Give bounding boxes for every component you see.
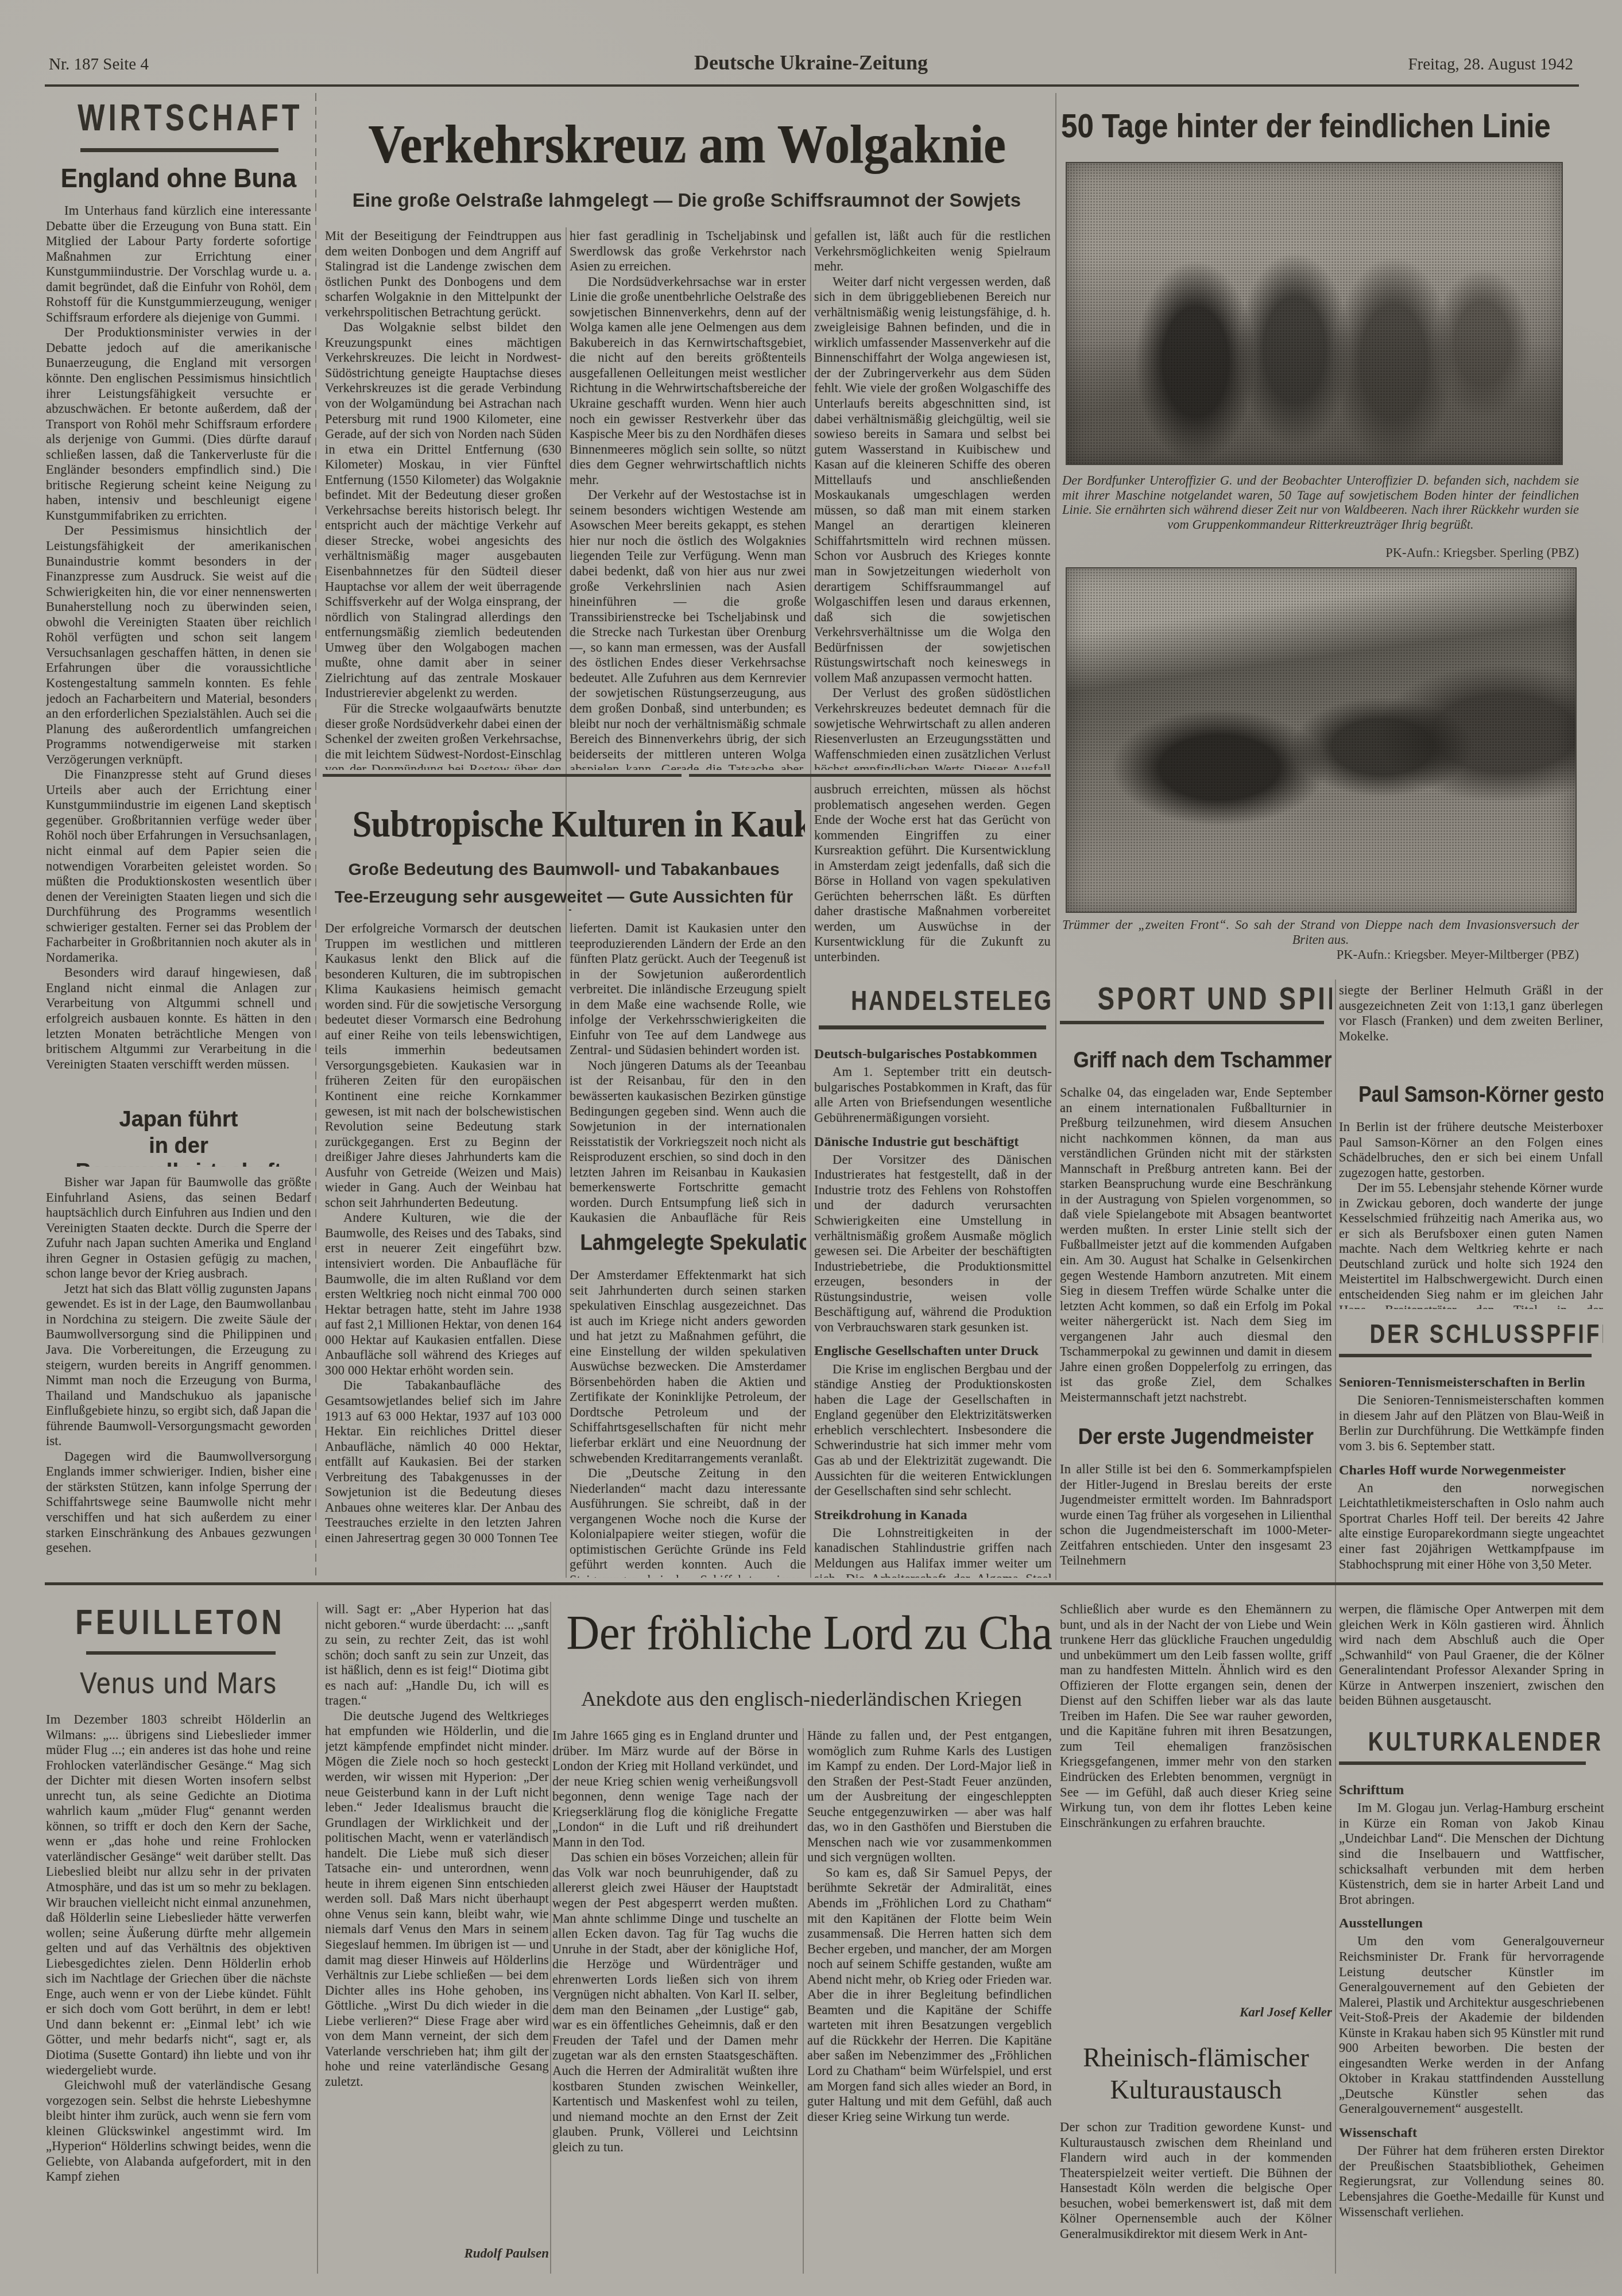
schlusspfiff-item-body: An den norwegischen Leichtathletikmeiste… bbox=[1339, 1481, 1604, 1571]
section-rule bbox=[1339, 1354, 1592, 1357]
photo1-credit: PK-Aufn.: Kriegsber. Sperling (PBZ) bbox=[1062, 545, 1619, 563]
kaukasien-column-2a: lieferten. Damit ist Kaukasien unter den… bbox=[570, 921, 806, 1226]
masthead-title: Deutsche Ukraine-Zeitung bbox=[517, 51, 1105, 79]
headline-erster-jugendmeister: Der erste Jugendmeister bbox=[1060, 1425, 1332, 1455]
newspaper-page: Nr. 187 Seite 4 Deutsche Ukraine-Zeitung… bbox=[0, 0, 1622, 2296]
section-title-wirtschaft: WIRTSCHAFT bbox=[46, 96, 311, 144]
masthead-rule bbox=[45, 84, 1579, 87]
column-divider bbox=[810, 227, 811, 1578]
article-body-england: Im Unterhaus fand kürzlich eine interess… bbox=[46, 203, 311, 1099]
tschammerpokal-body: Schalke 04, das eingeladen war, Ende Sep… bbox=[1060, 1085, 1332, 1418]
handels-item-body: Die Krise im englischen Bergbau und der … bbox=[814, 1362, 1052, 1499]
headline-verkehrskreuz-wolgaknie: Verkehrskreuz am Wolgaknie bbox=[323, 113, 1051, 183]
schlusspfiff-list: Senioren-Tennismeisterschaften in Berlin… bbox=[1339, 1366, 1604, 1571]
handels-item-title: Deutsch-bulgarisches Postabkommen bbox=[814, 1046, 1052, 1062]
kulturkalender-list: Schrifttum Im M. Glogau jun. Verlag-Hamb… bbox=[1339, 1774, 1604, 2274]
column-divider bbox=[315, 93, 316, 1579]
handels-list: Deutsch-bulgarisches Postabkommen Am 1. … bbox=[814, 1038, 1052, 1578]
headline-subtropische-kulturen: Subtropische Kulturen in Kaukasien bbox=[323, 803, 805, 854]
handels-item-body: Der Vorsitzer des Dänischen Industrierat… bbox=[814, 1152, 1052, 1335]
kultur-item-title: Ausstellungen bbox=[1339, 1915, 1604, 1931]
wolga-column-2: hier fast geradlinig in Tscheljabinsk un… bbox=[570, 229, 806, 770]
photo-dieppe-strand bbox=[1066, 567, 1577, 913]
headline-samson-koerner: Paul Samson-Körner gestorben bbox=[1339, 1083, 1603, 1113]
column-divider bbox=[803, 1728, 804, 2274]
section-rule bbox=[819, 1025, 1046, 1029]
section-title-sport-und-spiel: SPORT UND SPIEL bbox=[1060, 979, 1332, 1017]
samson-koerner-body: In Berlin ist der frühere deutsche Meist… bbox=[1339, 1120, 1603, 1309]
photo2-credit: PK-Aufn.: Kriegsber. Meyer-Miltberger (P… bbox=[1062, 947, 1619, 965]
sport-continuation-graessl: siegte der Berliner Helmuth Gräßl in der… bbox=[1339, 983, 1603, 1070]
section-rule bbox=[80, 148, 278, 152]
jugendmeister-body: In aller Stille ist bei den 6. Sommerkam… bbox=[1060, 1462, 1332, 1579]
headline-england-ohne-buna: England ohne Buna bbox=[46, 162, 311, 197]
headline-japan-baumwolle: Japan führt in der Baumwollwirtschaft bbox=[46, 1107, 311, 1167]
wolga-column-3: gefallen ist, läßt auch für die restlich… bbox=[814, 229, 1051, 770]
photo-notgelandete-flieger bbox=[1066, 162, 1563, 465]
column-divider bbox=[317, 1602, 318, 2274]
deck-kaukasien-1: Große Bedeutung des Baumwoll- und Tabaka… bbox=[323, 860, 805, 883]
column-divider bbox=[1335, 979, 1336, 2274]
chatham-column-2: Hände zu fallen und, der Pest entgangen,… bbox=[807, 1728, 1052, 2274]
section-title-feuilleton: FEUILLETON bbox=[46, 1602, 311, 1648]
kultur-item-body: Im M. Glogau jun. Verlag-Hamburg erschei… bbox=[1339, 1801, 1604, 1907]
handels-item-title: Dänische Industrie gut beschäftigt bbox=[814, 1134, 1052, 1150]
headline-tschammerpokal: Griff nach dem Tschammerpokal bbox=[1060, 1048, 1332, 1078]
section-title-schlusspfiff: DER SCHLUSSPFIFF bbox=[1339, 1318, 1603, 1352]
headline-venus-und-mars: Venus und Mars bbox=[46, 1666, 311, 1703]
handels-item-title: Streikdrohung in Kanada bbox=[814, 1507, 1052, 1523]
deck-chatham: Anekdote aus den englisch-niederländisch… bbox=[551, 1687, 1052, 1714]
section-rule bbox=[1339, 1761, 1586, 1765]
photo1-caption: Der Bordfunker Unteroffizier G. und der … bbox=[1062, 473, 1579, 547]
kultur-item-body: Der Führer hat dem früheren ersten Direk… bbox=[1339, 2143, 1604, 2220]
kaukasien-column-3-continuation: ausbruch erreichten, müssen als höchst p… bbox=[814, 782, 1051, 979]
handels-item-body: Die Lohnstreitigkeiten in der kanadische… bbox=[814, 1525, 1052, 1578]
chatham-column-1: Im Jahre 1665 ging es in England drunter… bbox=[552, 1728, 798, 2274]
deck-wolgaknie: Eine große Oelstraße lahmgelegt — Die gr… bbox=[323, 189, 1051, 215]
kultur-item-body: Um den vom Generalgouverneur Reichsminis… bbox=[1339, 1934, 1604, 2117]
spekulation-body: Der Amsterdamer Effektenmarkt hat sich s… bbox=[570, 1268, 806, 1578]
schlusspfiff-item-title: Charles Hoff wurde Norwegenmeister bbox=[1339, 1462, 1604, 1478]
feuilleton-column-1: Im Dezember 1803 schreibt Hölderlin an W… bbox=[46, 1712, 311, 2274]
section-rule bbox=[86, 1651, 276, 1655]
schlusspfiff-item-body: Die Senioren-Tennismeisterschaften komme… bbox=[1339, 1393, 1604, 1454]
chatham-column-3: Schließlich aber wurde es den Ehemännern… bbox=[1060, 1602, 1332, 2004]
headline-50-tage: 50 Tage hinter der feindlichen Linie bbox=[1061, 107, 1606, 149]
schlusspfiff-item-title: Senioren-Tennismeisterschaften in Berlin bbox=[1339, 1374, 1604, 1391]
headline-lahmgelegte-spekulation: Lahmgelegte Spekulation bbox=[570, 1231, 806, 1261]
kulturaustausch-column-1: Der schon zur Tradition gewordene Kunst-… bbox=[1060, 2120, 1332, 2274]
handels-item-body: Am 1. September tritt ein deutsch-bulgar… bbox=[814, 1064, 1052, 1125]
headline-kulturaustausch: Rheinisch-flämischer Kulturaustausch bbox=[1060, 2042, 1332, 2112]
article-body-japan: Bisher war Japan für Baumwolle das größt… bbox=[46, 1175, 311, 1578]
kultur-item-title: Schrifttum bbox=[1339, 1782, 1604, 1798]
column-divider bbox=[1055, 93, 1056, 1580]
kaukasien-column-1: Der erfolgreiche Vormarsch der deutschen… bbox=[325, 921, 562, 1578]
photo2-caption: Trümmer der „zweiten Front“. So sah der … bbox=[1062, 917, 1579, 948]
masthead-issue: Nr. 187 Seite 4 bbox=[49, 55, 347, 79]
handels-item-title: Englische Gesellschaften unter Druck bbox=[814, 1343, 1052, 1359]
divider-rule bbox=[689, 774, 1051, 777]
feuilleton-column-2: will. Sagt er: „Aber Hyperion hat das ni… bbox=[325, 1602, 549, 2243]
section-title-handelstelegramme: HANDELSTELEGRAMME bbox=[814, 985, 1051, 1022]
divider-rule bbox=[45, 1582, 1603, 1585]
headline-froehlicher-lord: Der fröhliche Lord zu Chatham bbox=[551, 1605, 1052, 1675]
kulturaustausch-continuation: werpen, die flämische Oper Antwerpen mit… bbox=[1339, 1602, 1604, 1720]
deck-kaukasien-2: Tee-Erzeugung sehr ausgeweitet — Gute Au… bbox=[323, 888, 805, 911]
section-rule bbox=[1060, 1021, 1324, 1024]
section-title-kulturkalender: KULTURKALENDER bbox=[1339, 1726, 1604, 1759]
masthead-date: Freitag, 28. August 1942 bbox=[1280, 55, 1573, 79]
kultur-item-title: Wissenschaft bbox=[1339, 2125, 1604, 2141]
wolga-column-1: Mit der Beseitigung der Feindtruppen aus… bbox=[325, 229, 562, 770]
chatham-byline: Karl Josef Keller bbox=[1060, 2005, 1344, 2024]
divider-rule bbox=[323, 774, 682, 777]
feuilleton-byline: Rudolf Paulsen bbox=[325, 2246, 560, 2266]
